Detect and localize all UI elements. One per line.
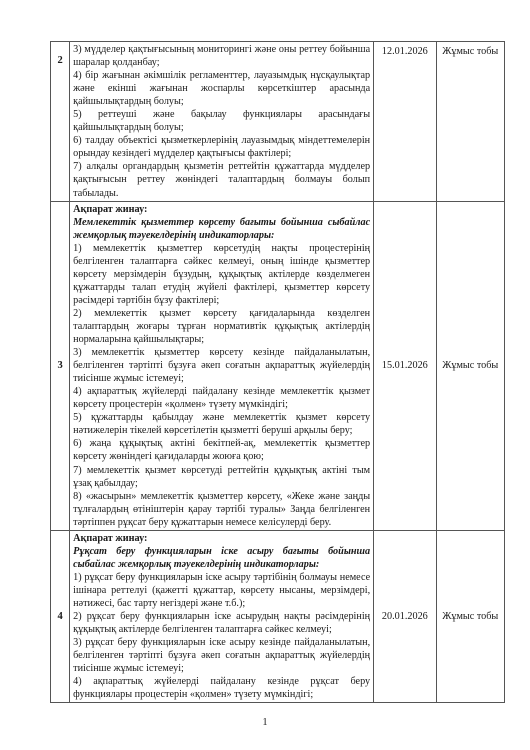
section-subheading: Мемлекеттік қызметтер көрсету бағыты бой… [73,216,370,242]
list-item: 5) реттеуші және бақылау функциялары ара… [73,108,370,134]
table-row: 2 3) мүдделер қақтығысының мониторингі ж… [51,42,505,202]
table-row: 4 Ақпарат жинау: Рұқсат беру функциялары… [51,530,505,703]
row-description: 3) мүдделер қақтығысының мониторингі жән… [70,42,374,202]
row-responsible: Жұмыс тобы [436,42,504,202]
list-item: 2) мемлекеттік қызмет көрсету қағидалары… [73,307,370,346]
row-date: 12.01.2026 [374,42,436,202]
list-item: 3) мемлекеттік қызметтер көрсету кезінде… [73,346,370,385]
list-item: 4) ақпараттық жүйелерді пайдалану кезінд… [73,675,370,701]
row-number: 4 [51,530,70,703]
list-item: 8) «жасырын» мемлекеттік қызметтер көрсе… [73,490,370,529]
list-item: 7) алқалы органдардың қызметін реттейтін… [73,160,370,199]
section-heading: Ақпарат жинау: [73,532,370,545]
list-item: 4) бір жағынан әкімшілік регламенттер, л… [73,69,370,108]
list-item: 5) құжаттарды қабылдау және мемлекеттік … [73,411,370,437]
list-item: 1) рұқсат беру функцияларын іске асыру т… [73,571,370,610]
list-item: 4) ақпараттық жүйелерді пайдалану кезінд… [73,385,370,411]
row-number: 3 [51,201,70,530]
plan-table: 2 3) мүдделер қақтығысының мониторингі ж… [50,41,505,703]
row-responsible: Жұмыс тобы [436,201,504,530]
section-heading: Ақпарат жинау: [73,203,370,216]
list-item: 2) рұқсат беру функцияларын іске асыруды… [73,610,370,636]
list-item: 6) жаңа құқықтық актіні бекітпей-ақ, мем… [73,437,370,463]
page-number: 1 [0,717,530,728]
table-row: 3 Ақпарат жинау: Мемлекеттік қызметтер к… [51,201,505,530]
list-item: 7) мемлекеттік қызмет көрсетуді реттейті… [73,464,370,490]
row-number: 2 [51,42,70,202]
row-description: Ақпарат жинау: Рұқсат беру функцияларын … [70,530,374,703]
list-item: 1) мемлекеттік қызметтер көрсетудің нақт… [73,242,370,307]
row-responsible: Жұмыс тобы [436,530,504,703]
section-subheading: Рұқсат беру функцияларын іске асыру бағы… [73,545,370,571]
list-item: 6) талдау объектісі қызметкерлерінің лау… [73,134,370,160]
list-item: 3) мүдделер қақтығысының мониторингі жән… [73,43,370,69]
list-item: 3) рұқсат беру функцияларын іске асыру к… [73,636,370,675]
row-description: Ақпарат жинау: Мемлекеттік қызметтер көр… [70,201,374,530]
row-date: 20.01.2026 [374,530,436,703]
row-date: 15.01.2026 [374,201,436,530]
